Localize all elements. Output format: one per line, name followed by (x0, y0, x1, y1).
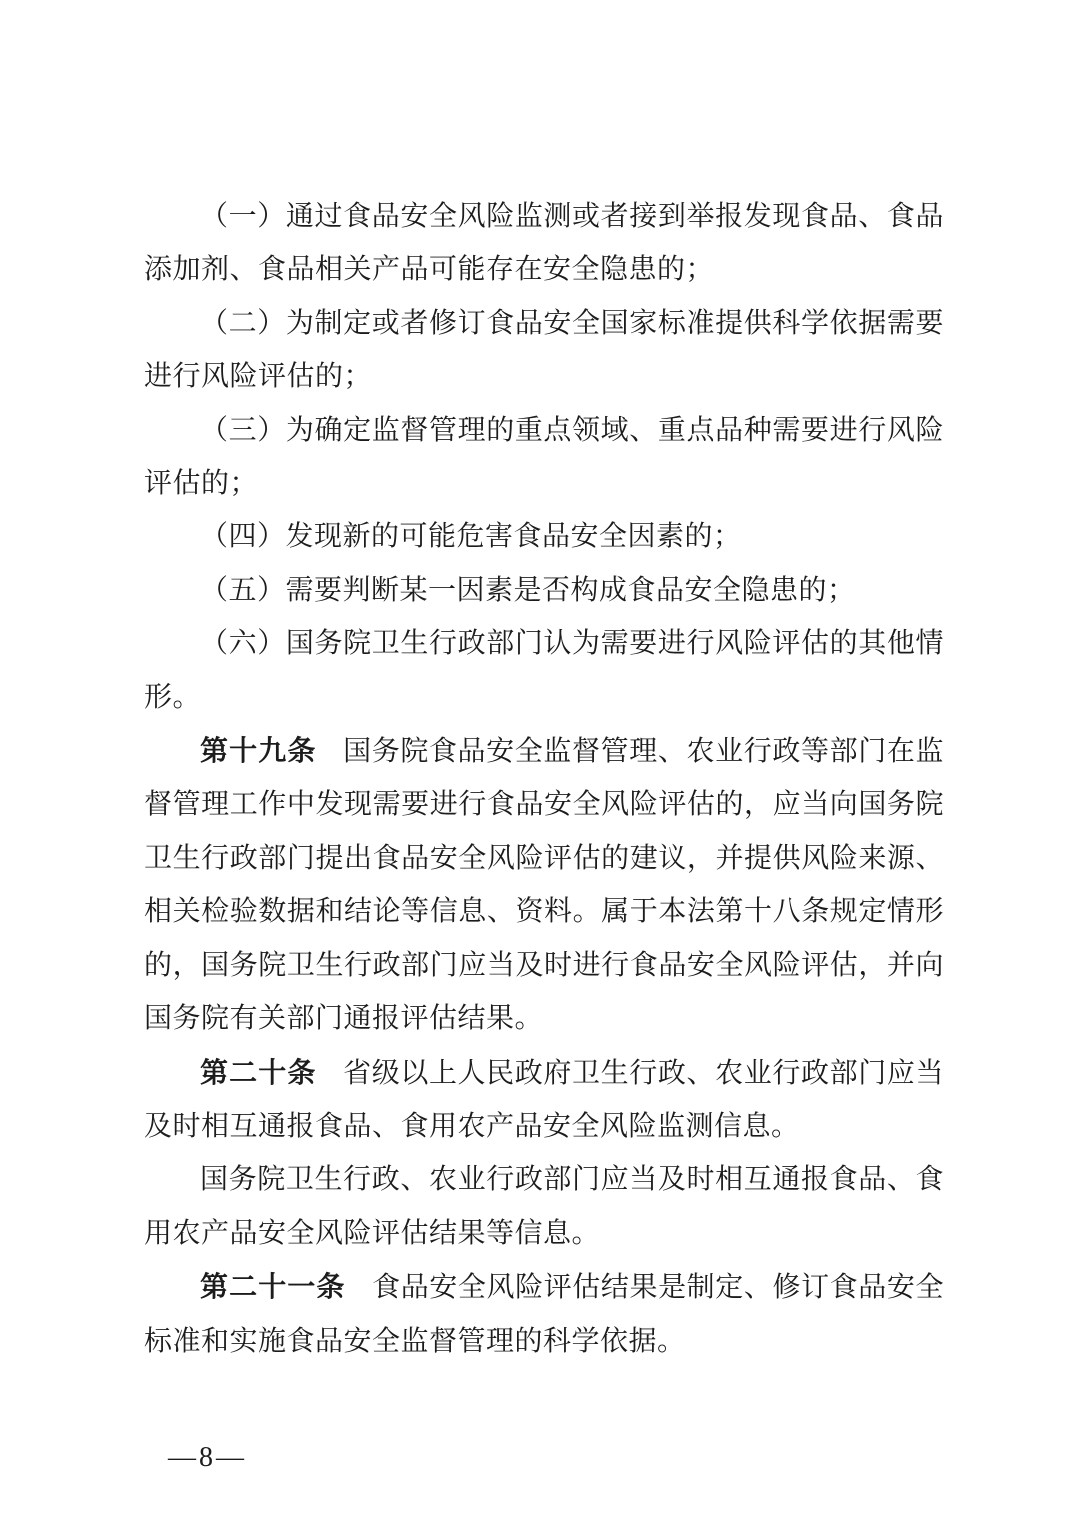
paragraph-text: 国务院卫生行政、农业行政部门应当及时相互通报食品、食用农产品安全风险评估结果等信… (144, 1164, 944, 1248)
paragraph-item-2: （二）为制定或者修订食品安全国家标准提供科学依据需要进行风险评估的； (144, 297, 944, 404)
paragraph-article-21: 第二十一条食品安全风险评估结果是制定、修订食品安全标准和实施食品安全监督管理的科… (144, 1260, 944, 1368)
paragraph-text: （三）为确定监督管理的重点领域、重点品种需要进行风险评估的； (144, 415, 944, 499)
article-number-21: 第二十一条 (200, 1271, 346, 1302)
paragraph-text: （六）国务院卫生行政部门认为需要进行风险评估的其他情形。 (144, 628, 944, 712)
article-number-19: 第十九条 (200, 735, 316, 766)
paragraph-text: （二）为制定或者修订食品安全国家标准提供科学依据需要进行风险评估的； (144, 308, 944, 392)
paragraph-text: 国务院食品安全监督管理、农业行政等部门在监督管理工作中发现需要进行食品安全风险评… (144, 736, 944, 1034)
paragraph-item-5: （五）需要判断某一因素是否构成食品安全隐患的； (144, 564, 944, 617)
paragraph-item-3: （三）为确定监督管理的重点领域、重点品种需要进行风险评估的； (144, 404, 944, 511)
paragraph-text: （一）通过食品安全风险监测或者接到举报发现食品、食品添加剂、食品相关产品可能存在… (144, 201, 944, 285)
document-body: （一）通过食品安全风险监测或者接到举报发现食品、食品添加剂、食品相关产品可能存在… (144, 190, 944, 1368)
document-page: （一）通过食品安全风险监测或者接到举报发现食品、食品添加剂、食品相关产品可能存在… (0, 0, 1074, 1520)
paragraph-item-4: （四）发现新的可能危害食品安全因素的； (144, 510, 944, 563)
article-number-20: 第二十条 (200, 1057, 316, 1088)
paragraph-article-20-clause-2: 国务院卫生行政、农业行政部门应当及时相互通报食品、食用农产品安全风险评估结果等信… (144, 1153, 944, 1260)
paragraph-text: （五）需要判断某一因素是否构成食品安全隐患的； (200, 575, 856, 606)
paragraph-item-1: （一）通过食品安全风险监测或者接到举报发现食品、食品添加剂、食品相关产品可能存在… (144, 190, 944, 297)
paragraph-article-19: 第十九条国务院食品安全监督管理、农业行政等部门在监督管理工作中发现需要进行食品安… (144, 724, 944, 1045)
paragraph-article-20: 第二十条省级以上人民政府卫生行政、农业行政部门应当及时相互通报食品、食用农产品安… (144, 1046, 944, 1154)
paragraph-item-6: （六）国务院卫生行政部门认为需要进行风险评估的其他情形。 (144, 617, 944, 724)
page-number: —8— (168, 1442, 247, 1474)
paragraph-text: （四）发现新的可能危害食品安全因素的； (200, 521, 742, 552)
